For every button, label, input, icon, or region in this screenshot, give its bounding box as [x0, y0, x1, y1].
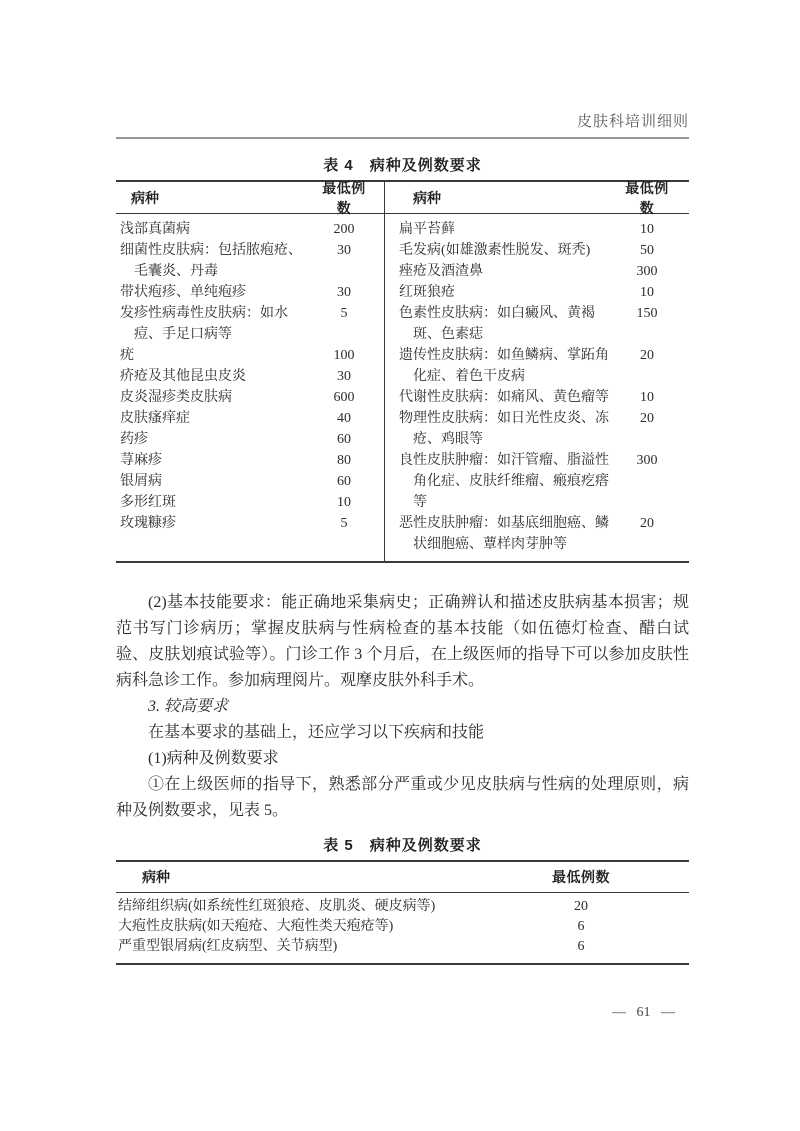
- table-row: 发疹性病毒性皮肤病：如水痘、手足口病等 5: [116, 303, 384, 345]
- table4-right-rows: 扁平苔藓 10 毛发病(如雄激素性脱发、斑秃) 50 痤疮及酒渣鼻 300 红斑…: [385, 214, 689, 561]
- min-case-count: 30: [316, 282, 372, 303]
- document-page: 皮肤科培训细则 表 4 病种及例数要求 病种 最低例数 浅部真菌病 200 细菌…: [0, 0, 800, 1131]
- column-header-min-cases: 最低例数: [316, 178, 372, 218]
- table4-left-header-row: 病种 最低例数: [116, 182, 384, 214]
- min-case-count: 600: [316, 387, 372, 408]
- table-row: 遗传性皮肤病：如鱼鳞病、掌跖角化症、着色干皮病 20: [385, 345, 689, 387]
- min-case-count: 20: [619, 408, 675, 429]
- table5-header-row: 病种 最低例数: [116, 862, 689, 893]
- table-row: 良性皮肤肿瘤：如汗管瘤、脂溢性角化症、皮肤纤维瘤、瘢痕疙瘩等 300: [385, 450, 689, 513]
- table-row: 玫瑰糠疹 5: [116, 513, 384, 534]
- header-rule: [116, 137, 689, 139]
- min-case-count: 60: [316, 471, 372, 492]
- paragraph: 3. 较高要求: [116, 694, 689, 720]
- paragraph: 在基本要求的基础上，还应学习以下疾病和技能: [116, 720, 689, 746]
- min-case-count: 50: [619, 240, 675, 261]
- min-case-count: 6: [521, 917, 641, 937]
- table4-title: 表 4 病种及例数要求: [116, 155, 689, 176]
- disease-name: 红斑狼疮: [385, 282, 619, 303]
- page-number: — 61 —: [116, 1005, 689, 1021]
- table-row: 皮炎湿疹类皮肤病 600: [116, 387, 384, 408]
- table4-right-half: 病种 最低例数 扁平苔藓 10 毛发病(如雄激素性脱发、斑秃) 50 痤疮及酒渣…: [384, 182, 689, 561]
- table-row: 恶性皮肤肿瘤：如基底细胞癌、鳞状细胞癌、蕈样肉芽肿等 20: [385, 513, 689, 555]
- min-case-count: 150: [619, 303, 675, 324]
- disease-name: 遗传性皮肤病：如鱼鳞病、掌跖角化症、着色干皮病: [385, 345, 619, 387]
- min-case-count: 30: [316, 366, 372, 387]
- table-row: 色素性皮肤病：如白癜风、黄褐斑、色素痣 150: [385, 303, 689, 345]
- table4-left-rows: 浅部真菌病 200 细菌性皮肤病：包括脓疱疮、毛囊炎、丹毒 30 带状疱疹、单纯…: [116, 214, 384, 540]
- disease-name: 浅部真菌病: [116, 219, 316, 240]
- min-case-count: 10: [316, 492, 372, 513]
- table-row: 严重型银屑病(红皮病型、关节病型) 6: [116, 937, 689, 957]
- paragraph: (2)基本技能要求：能正确地采集病史；正确辨认和描述皮肤病基本损害；规范书写门诊…: [116, 590, 689, 694]
- disease-name: 毛发病(如雄激素性脱发、斑秃): [385, 240, 619, 261]
- min-case-count: 10: [619, 387, 675, 408]
- disease-name: 扁平苔藓: [385, 219, 619, 240]
- table-row: 带状疱疹、单纯疱疹 30: [116, 282, 384, 303]
- disease-name: 荨麻疹: [116, 450, 316, 471]
- disease-name: 细菌性皮肤病：包括脓疱疮、毛囊炎、丹毒: [116, 240, 316, 282]
- min-case-count: 5: [316, 513, 372, 534]
- table5-title: 表 5 病种及例数要求: [116, 835, 689, 856]
- paragraph: (1)病种及例数要求: [116, 746, 689, 772]
- disease-name: 皮炎湿疹类皮肤病: [116, 387, 316, 408]
- page-content: 皮肤科培训细则 表 4 病种及例数要求 病种 最低例数 浅部真菌病 200 细菌…: [116, 0, 689, 1021]
- disease-name: 玫瑰糠疹: [116, 513, 316, 534]
- disease-name: 色素性皮肤病：如白癜风、黄褐斑、色素痣: [385, 303, 619, 345]
- table-row: 物理性皮肤病：如日光性皮炎、冻疮、鸡眼等 20: [385, 408, 689, 450]
- min-case-count: 20: [521, 897, 641, 917]
- min-case-count: 10: [619, 219, 675, 240]
- min-case-count: 20: [619, 345, 675, 366]
- disease-name: 良性皮肤肿瘤：如汗管瘤、脂溢性角化症、皮肤纤维瘤、瘢痕疙瘩等: [385, 450, 619, 513]
- table-row: 痤疮及酒渣鼻 300: [385, 261, 689, 282]
- min-case-count: 200: [316, 219, 372, 240]
- column-header-disease: 病种: [116, 867, 521, 887]
- min-case-count: 10: [619, 282, 675, 303]
- table-row: 毛发病(如雄激素性脱发、斑秃) 50: [385, 240, 689, 261]
- min-case-count: 300: [619, 450, 675, 471]
- table-row: 浅部真菌病 200: [116, 219, 384, 240]
- table-row: 疥疮及其他昆虫皮炎 30: [116, 366, 384, 387]
- table-row: 代谢性皮肤病：如痛风、黄色瘤等 10: [385, 387, 689, 408]
- table-row: 细菌性皮肤病：包括脓疱疮、毛囊炎、丹毒 30: [116, 240, 384, 282]
- column-header-min-cases: 最低例数: [521, 867, 641, 887]
- table4-left-half: 病种 最低例数 浅部真菌病 200 细菌性皮肤病：包括脓疱疮、毛囊炎、丹毒 30…: [116, 182, 384, 561]
- disease-name: 皮肤瘙痒症: [116, 408, 316, 429]
- min-case-count: 5: [316, 303, 372, 324]
- table-row: 大疱性皮肤病(如天疱疮、大疱性类天疱疮等) 6: [116, 917, 689, 937]
- table5-rows: 结缔组织病(如系统性红斑狼疮、皮肌炎、硬皮病等) 20 大疱性皮肤病(如天疱疮、…: [116, 893, 689, 963]
- disease-name: 银屑病: [116, 471, 316, 492]
- disease-name: 带状疱疹、单纯疱疹: [116, 282, 316, 303]
- disease-name: 多形红斑: [116, 492, 316, 513]
- disease-name: 结缔组织病(如系统性红斑狼疮、皮肌炎、硬皮病等): [116, 897, 521, 917]
- min-case-count: 30: [316, 240, 372, 261]
- disease-name: 痤疮及酒渣鼻: [385, 261, 619, 282]
- table-row: 扁平苔藓 10: [385, 219, 689, 240]
- table-row: 红斑狼疮 10: [385, 282, 689, 303]
- min-case-count: 300: [619, 261, 675, 282]
- disease-name: 大疱性皮肤病(如天疱疮、大疱性类天疱疮等): [116, 917, 521, 937]
- min-case-count: 40: [316, 408, 372, 429]
- disease-name: 物理性皮肤病：如日光性皮炎、冻疮、鸡眼等: [385, 408, 619, 450]
- table-row: 多形红斑 10: [116, 492, 384, 513]
- running-header: 皮肤科培训细则: [116, 0, 689, 133]
- disease-name: 发疹性病毒性皮肤病：如水痘、手足口病等: [116, 303, 316, 345]
- min-case-count: 100: [316, 345, 372, 366]
- min-case-count: 60: [316, 429, 372, 450]
- column-header-disease: 病种: [116, 188, 316, 208]
- disease-name: 药疹: [116, 429, 316, 450]
- table4-right-header-row: 病种 最低例数: [385, 182, 689, 214]
- table-row: 结缔组织病(如系统性红斑狼疮、皮肌炎、硬皮病等) 20: [116, 897, 689, 917]
- table-row: 疣 100: [116, 345, 384, 366]
- table5: 病种 最低例数 结缔组织病(如系统性红斑狼疮、皮肌炎、硬皮病等) 20 大疱性皮…: [116, 860, 689, 965]
- table-row: 皮肤瘙痒症 40: [116, 408, 384, 429]
- disease-name: 疣: [116, 345, 316, 366]
- column-header-disease: 病种: [385, 188, 619, 208]
- paragraph: ①在上级医师的指导下，熟悉部分严重或少见皮肤病与性病的处理原则，病种及例数要求，…: [116, 772, 689, 824]
- table-row: 银屑病 60: [116, 471, 384, 492]
- table-row: 药疹 60: [116, 429, 384, 450]
- disease-name: 代谢性皮肤病：如痛风、黄色瘤等: [385, 387, 619, 408]
- disease-name: 疥疮及其他昆虫皮炎: [116, 366, 316, 387]
- table-row: 荨麻疹 80: [116, 450, 384, 471]
- min-case-count: 20: [619, 513, 675, 534]
- body-text: (2)基本技能要求：能正确地采集病史；正确辨认和描述皮肤病基本损害；规范书写门诊…: [116, 590, 689, 824]
- table4: 病种 最低例数 浅部真菌病 200 细菌性皮肤病：包括脓疱疮、毛囊炎、丹毒 30…: [116, 180, 689, 563]
- disease-name: 恶性皮肤肿瘤：如基底细胞癌、鳞状细胞癌、蕈样肉芽肿等: [385, 513, 619, 555]
- min-case-count: 80: [316, 450, 372, 471]
- min-case-count: 6: [521, 937, 641, 957]
- column-header-min-cases: 最低例数: [619, 178, 675, 218]
- disease-name: 严重型银屑病(红皮病型、关节病型): [116, 937, 521, 957]
